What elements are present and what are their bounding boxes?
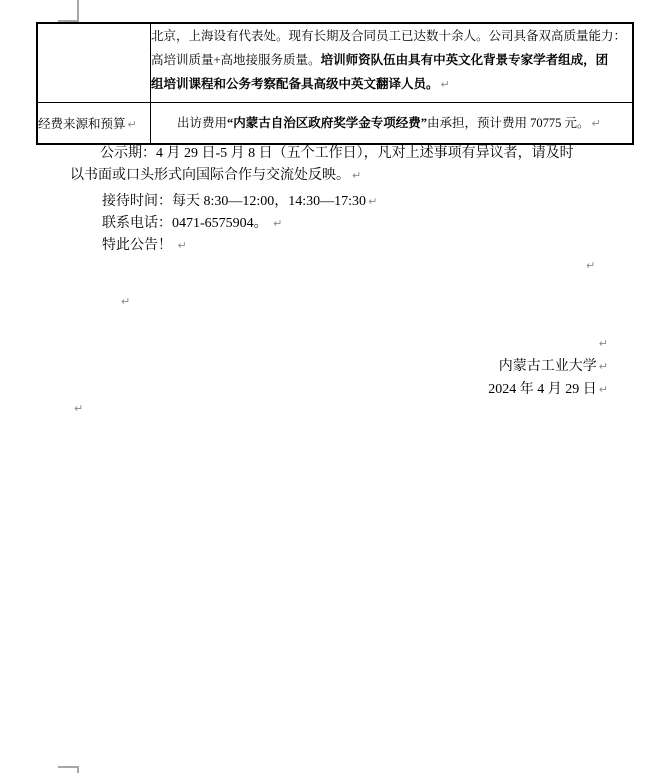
paragraph-mark-icon: ↵ <box>128 118 137 131</box>
budget-text-end: 由承担，预计费用 70775 元。 <box>427 116 590 130</box>
paragraph-mark-icon: ↵ <box>352 169 361 182</box>
paragraph-contact-phone[interactable]: 联系电话：0471-6575904。 ↵ <box>102 213 282 235</box>
announcement-closing-text: 特此公告！ <box>102 238 172 253</box>
signature-date: 2024 年 4 月 29 日↵ <box>488 378 608 401</box>
table-row-company-info: 北京，上海设有代表处。现有长期及合同员工已达数十余人。公司具备双高质量能力： 高… <box>37 23 633 103</box>
table-cell-budget-content[interactable]: 出访费用“内蒙古自治区政府奖学金专项经费”由承担，预计费用 70775 元。↵ <box>151 103 634 145</box>
paragraph-mark-icon: ↵ <box>599 383 608 396</box>
company-info-line1: 北京，上海设有代表处。现有长期及合同员工已达数十余人。公司具备双高质量能力： <box>151 24 632 48</box>
top-margin-corner-mark <box>77 0 79 22</box>
table-cell-label-empty[interactable] <box>37 23 151 103</box>
signature-empty-line: ↵ <box>488 332 608 355</box>
table-cell-company-info[interactable]: 北京，上海设有代表处。现有长期及合同员工已达数十余人。公司具备双高质量能力： 高… <box>151 23 634 103</box>
paragraph-mark-icon: ↵ <box>599 360 608 373</box>
company-info-line3-bold: 组培训课程和公务考察配备具高级中英文翻译人员。 <box>151 77 439 91</box>
paragraph-mark-icon: ↵ <box>273 217 282 230</box>
paragraph-announcement-closing[interactable]: 特此公告！ ↵ <box>102 235 187 257</box>
paragraph-mark-icon: ↵ <box>368 195 377 208</box>
signature-organization: 内蒙古工业大学↵ <box>488 355 608 378</box>
company-info-line3: 组培训课程和公务考察配备具高级中英文翻译人员。↵ <box>151 72 632 97</box>
paragraph-mark-icon: ↵ <box>178 239 187 252</box>
signature-block[interactable]: ↵ 内蒙古工业大学↵ 2024 年 4 月 29 日↵ <box>488 332 608 401</box>
bottom-margin-corner-mark <box>58 766 79 768</box>
signature-date-text: 2024 年 4 月 29 日 <box>488 382 597 397</box>
budget-label-text: 经费来源和预算 <box>38 117 126 131</box>
company-info-line2-bold: 培训师资队伍由具有中英文化背景专家学者组成，团 <box>321 53 609 67</box>
empty-paragraph-mark-icon: ↵ <box>74 402 83 415</box>
notice-period-line2-text: 以书面或口头形式向国际合作与交流处反映。 <box>70 168 350 183</box>
paragraph-reception-hours[interactable]: 接待时间：每天 8:30—12:00，14:30—17:30↵ <box>102 191 377 213</box>
budget-content-line: 出访费用“内蒙古自治区政府奖学金专项经费”由承担，预计费用 70775 元。↵ <box>151 114 632 133</box>
bottom-margin-corner-mark <box>77 766 79 773</box>
contact-phone-text: 联系电话：0471-6575904。 <box>102 216 268 231</box>
notice-period-line2: 以书面或口头形式向国际合作与交流处反映。↵ <box>70 165 615 187</box>
empty-paragraph-mark-icon: ↵ <box>121 295 130 308</box>
budget-text-start: 出访费用 <box>177 116 227 130</box>
info-table: 北京，上海设有代表处。现有长期及合同员工已达数十余人。公司具备双高质量能力： 高… <box>36 22 634 145</box>
empty-paragraph-mark-icon: ↵ <box>599 337 608 350</box>
table-cell-budget-label[interactable]: 经费来源和预算↵ <box>37 103 151 145</box>
organization-name-text: 内蒙古工业大学 <box>499 359 597 374</box>
company-info-line2-normal: 高培训质量+高地接服务质量。 <box>151 53 321 67</box>
empty-paragraph-mark-icon: ↵ <box>586 259 595 272</box>
notice-period-line1: 公示期：4 月 29 日-5 月 8 日（五个工作日），凡对上述事项有异议者，请… <box>70 143 615 165</box>
company-info-line1-text: 北京，上海设有代表处。现有长期及合同员工已达数十余人。公司具备双高质量能力： <box>151 29 626 43</box>
document-page[interactable]: { "document": { "table": { "row1": { "la… <box>0 0 667 773</box>
budget-funding-source-bold: “内蒙古自治区政府奖学金专项经费” <box>227 116 427 130</box>
paragraph-mark-icon: ↵ <box>592 117 601 130</box>
reception-hours-text: 接待时间：每天 8:30—12:00，14:30—17:30 <box>102 194 366 209</box>
paragraph-mark-icon: ↵ <box>441 78 450 91</box>
table-row-budget: 经费来源和预算↵ 出访费用“内蒙古自治区政府奖学金专项经费”由承担，预计费用 7… <box>37 103 633 145</box>
paragraph-public-notice-period[interactable]: 公示期：4 月 29 日-5 月 8 日（五个工作日），凡对上述事项有异议者，请… <box>70 143 615 187</box>
company-info-line2: 高培训质量+高地接服务质量。培训师资队伍由具有中英文化背景专家学者组成，团 <box>151 48 632 72</box>
